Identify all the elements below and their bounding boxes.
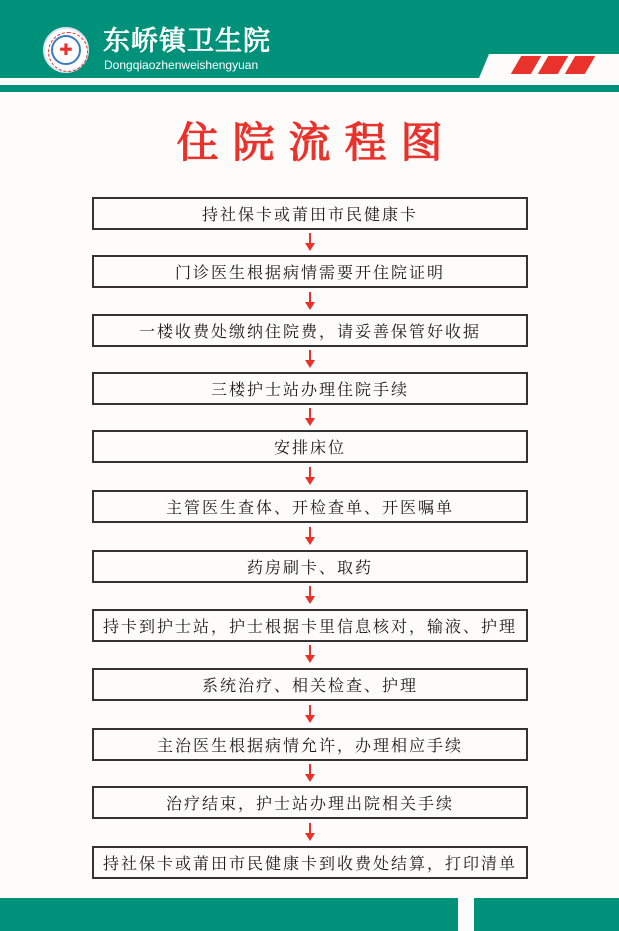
page-title: 住院流程图 — [0, 115, 619, 171]
flow-step-12: 持社保卡或莆田市民健康卡到收费处结算，打印清单 — [92, 846, 528, 879]
hospital-pinyin: Dongqiaozhenweishengyuan — [104, 58, 258, 72]
flow-step-11: 治疗结束，护士站办理出院相关手续 — [92, 786, 528, 819]
hospital-logo-icon: ✚ — [43, 27, 89, 73]
arrow-down-icon — [306, 467, 314, 485]
arrow-down-icon — [306, 586, 314, 604]
arrow-down-icon — [306, 233, 314, 251]
arrow-down-icon — [306, 645, 314, 663]
flow-step-5: 安排床位 — [92, 430, 528, 463]
flow-step-7: 药房刷卡、取药 — [92, 550, 528, 583]
header-divider-white — [0, 78, 619, 85]
flow-step-4: 三楼护士站办理住院手续 — [92, 372, 528, 405]
flow-step-3: 一楼收费处缴纳住院费，请妥善保管好收据 — [92, 314, 528, 347]
arrow-down-icon — [306, 408, 314, 426]
hospital-name: 东峤镇卫生院 — [103, 26, 271, 58]
red-cross-icon: ✚ — [59, 42, 72, 58]
flow-step-2: 门诊医生根据病情需要开住院证明 — [92, 255, 528, 288]
logo-emblem: ✚ — [51, 35, 81, 65]
arrow-down-icon — [306, 705, 314, 723]
arrow-down-icon — [306, 823, 314, 841]
footer-bar-right — [474, 898, 619, 931]
arrow-down-icon — [306, 292, 314, 310]
flow-step-9: 系统治疗、相关检查、护理 — [92, 668, 528, 701]
header-divider-green — [0, 85, 619, 92]
header-banner: ✚ 东峤镇卫生院 Dongqiaozhenweishengyuan — [0, 0, 619, 78]
arrow-down-icon — [306, 764, 314, 782]
flow-step-8: 持卡到护士站，护士根据卡里信息核对，输液、护理 — [92, 609, 528, 642]
arrow-down-icon — [306, 527, 314, 545]
flow-step-1: 持社保卡或莆田市民健康卡 — [92, 197, 528, 230]
footer-bar-left — [0, 898, 458, 931]
arrow-down-icon — [306, 350, 314, 368]
flow-step-10: 主治医生根据病情允许，办理相应手续 — [92, 728, 528, 761]
flow-step-6: 主管医生查体、开检查单、开医嘱单 — [92, 490, 528, 523]
